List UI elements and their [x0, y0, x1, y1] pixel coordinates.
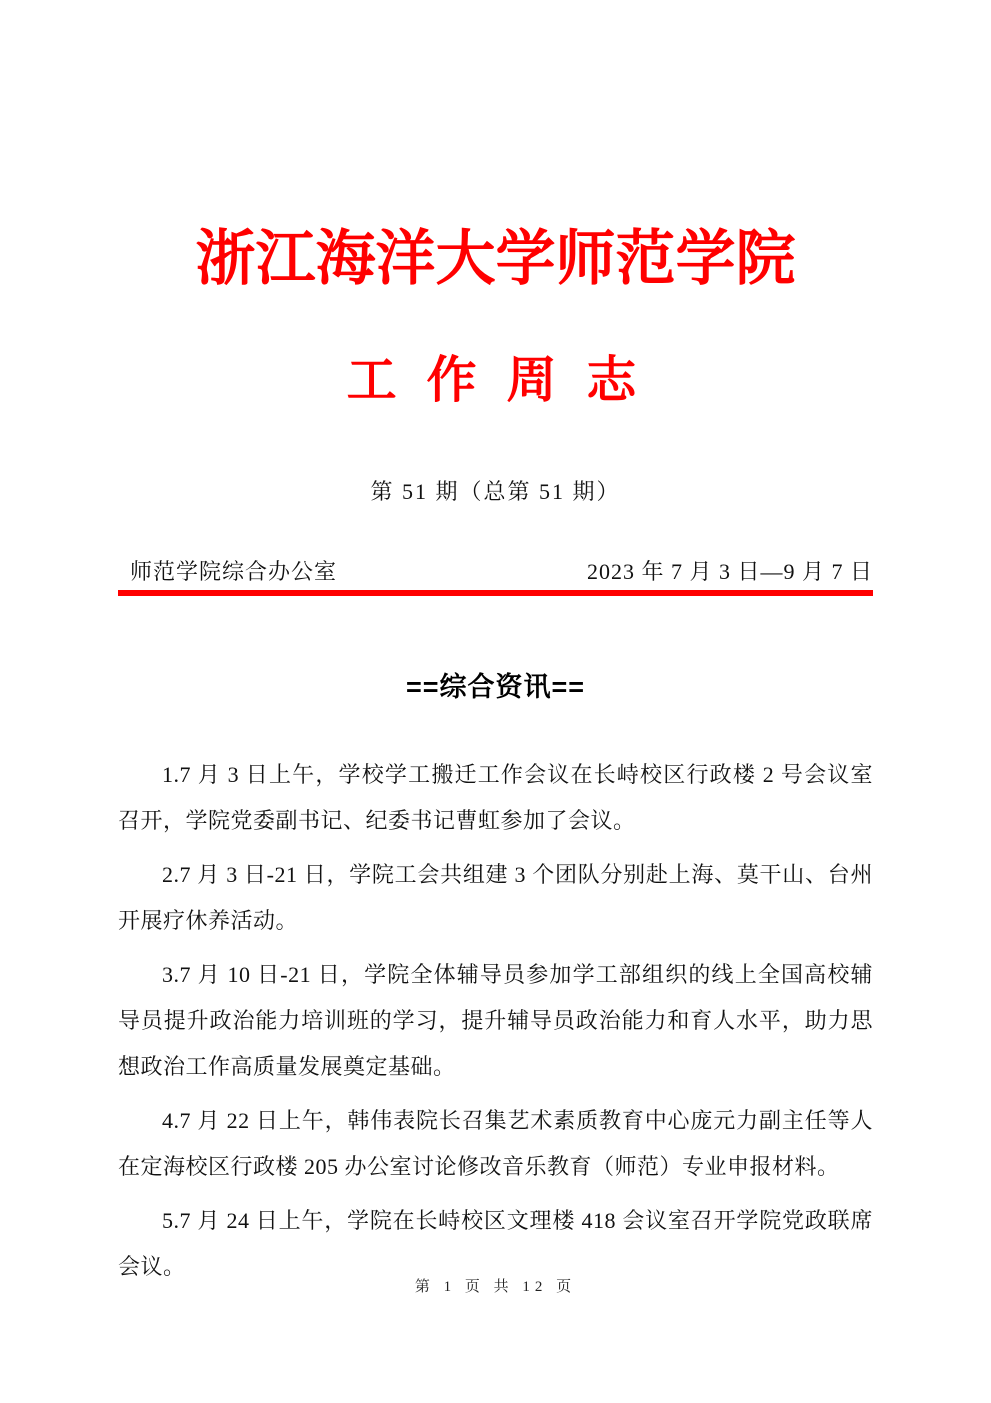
- page-number-footer: 第 1 页 共 12 页: [0, 1276, 991, 1298]
- section-heading: ==综合资讯==: [118, 668, 873, 706]
- document-content: 浙江海洋大学师范学院 工 作 周 志 第 51 期（总第 51 期） 师范学院综…: [0, 0, 991, 1290]
- document-page: 浙江海洋大学师范学院 工 作 周 志 第 51 期（总第 51 期） 师范学院综…: [0, 0, 991, 1403]
- document-subtitle: 工 作 周 志: [118, 349, 873, 411]
- red-divider-rule: [118, 590, 873, 596]
- body-paragraph: 3.7 月 10 日-21 日，学院全体辅导员参加学工部组织的线上全国高校辅导员…: [118, 952, 873, 1090]
- body-paragraph: 1.7 月 3 日上午，学校学工搬迁工作会议在长峙校区行政楼 2 号会议室召开，…: [118, 752, 873, 844]
- masthead-info-row: 师范学院综合办公室 2023 年 7 月 3 日—9 月 7 日: [118, 557, 873, 587]
- body-text: 1.7 月 3 日上午，学校学工搬迁工作会议在长峙校区行政楼 2 号会议室召开，…: [118, 752, 873, 1290]
- issuing-office: 师范学院综合办公室: [118, 557, 337, 587]
- issue-number-line: 第 51 期（总第 51 期）: [118, 477, 873, 507]
- document-title: 浙江海洋大学师范学院: [118, 222, 873, 297]
- body-paragraph: 4.7 月 22 日上午，韩伟表院长召集艺术素质教育中心庞元力副主任等人在定海校…: [118, 1098, 873, 1190]
- date-range: 2023 年 7 月 3 日—9 月 7 日: [587, 557, 873, 587]
- body-paragraph: 2.7 月 3 日-21 日，学院工会共组建 3 个团队分别赴上海、莫干山、台州…: [118, 852, 873, 944]
